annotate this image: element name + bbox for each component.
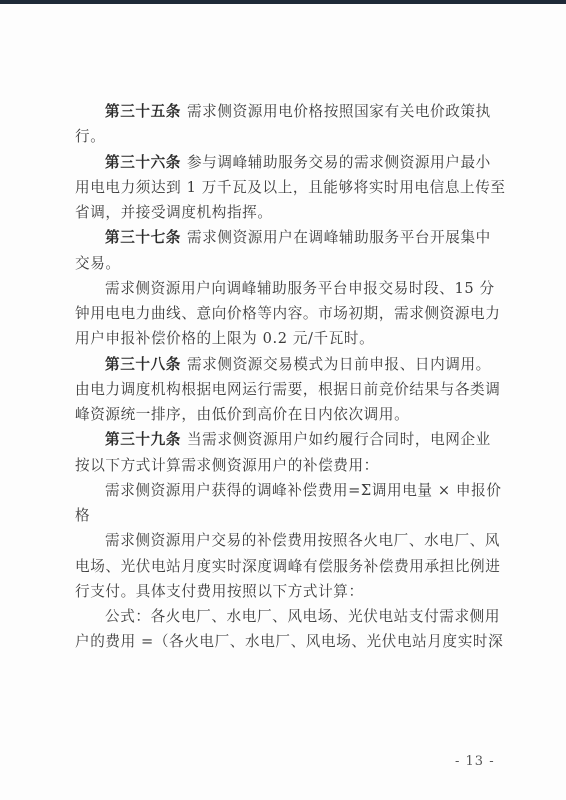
line-text: 需求侧资源用户获得的调峰补偿费用=Σ调用电量 × 申报价 (105, 482, 502, 499)
line-text: 需求侧资源用户向调峰辅助服务平台申报交易时段、15 分 (105, 280, 495, 297)
paragraph-line: 行。 (75, 124, 495, 149)
paragraph-line: 用户申报补偿价格的上限为 0.2 元/千瓦时。 (75, 326, 495, 351)
line-text: 用电电力须达到 1 万千瓦及以上，且能够将实时用电信息上传至 (75, 179, 506, 196)
line-text: 公式：各火电厂、水电厂、风电场、光伏电站支付需求侧用 (105, 608, 500, 625)
line-text: 交易。 (75, 255, 121, 272)
paragraph-line: 行支付。具体支付费用按照以下方式计算： (75, 579, 495, 604)
page-number: - 13 - (455, 754, 495, 769)
article-number: 第三十六条 (105, 154, 181, 171)
line-text: 户的费用 =（各火电厂、水电厂、风电场、光伏电站月度实时深 (75, 633, 503, 650)
paragraph-line: 由电力调度机构根据电网运行需要，根据日前竞价结果与各类调 (75, 377, 495, 402)
paragraph-line: 交易。 (75, 251, 495, 276)
paragraph-line: 需求侧资源用户向调峰辅助服务平台申报交易时段、15 分 (75, 276, 495, 301)
article-number: 第三十七条 (105, 229, 181, 246)
paragraph-line: 格 (75, 503, 495, 528)
line-text: 峰资源统一排序，由低价到高价在日内依次调用。 (75, 406, 409, 423)
scan-edge (0, 0, 566, 4)
line-text: 格 (75, 507, 90, 524)
article-number: 第三十九条 (105, 431, 181, 448)
line-text: 需求侧资源用户在调峰辅助服务平台开展集中 (187, 229, 491, 246)
paragraph-line: 需求侧资源用户获得的调峰补偿费用=Σ调用电量 × 申报价 (75, 478, 495, 503)
document-body: 第三十五条需求侧资源用电价格按照国家有关电价政策执行。第三十六条参与调峰辅助服务… (75, 99, 495, 655)
paragraph-line: 户的费用 =（各火电厂、水电厂、风电场、光伏电站月度实时深 (75, 629, 495, 654)
line-text: 需求侧资源用电价格按照国家有关电价政策执 (187, 103, 491, 120)
article-heading-line: 第三十七条需求侧资源用户在调峰辅助服务平台开展集中 (75, 225, 495, 250)
article-heading-line: 第三十六条参与调峰辅助服务交易的需求侧资源用户最小 (75, 150, 495, 175)
paragraph-line: 峰资源统一排序，由低价到高价在日内依次调用。 (75, 402, 495, 427)
paragraph-line: 公式：各火电厂、水电厂、风电场、光伏电站支付需求侧用 (75, 604, 495, 629)
line-text: 省调，并接受调度机构指挥。 (75, 204, 273, 221)
line-text: 当需求侧资源用户如约履行合同时，电网企业 (187, 431, 491, 448)
line-text: 用户申报补偿价格的上限为 0.2 元/千瓦时。 (75, 330, 374, 347)
line-text: 行支付。具体支付费用按照以下方式计算： (75, 583, 364, 600)
article-number: 第三十五条 (105, 103, 181, 120)
line-text: 参与调峰辅助服务交易的需求侧资源用户最小 (187, 154, 491, 171)
article-heading-line: 第三十九条当需求侧资源用户如约履行合同时，电网企业 (75, 427, 495, 452)
paragraph-line: 需求侧资源用户交易的补偿费用按照各火电厂、水电厂、风 (75, 528, 495, 553)
line-text: 电场、光伏电站月度实时深度调峰有偿服务补偿费用承担比例进 (75, 558, 500, 575)
paragraph-line: 省调，并接受调度机构指挥。 (75, 200, 495, 225)
line-text: 钟用电电力曲线、意向价格等内容。市场初期，需求侧资源电力 (75, 305, 500, 322)
line-text: 需求侧资源用户交易的补偿费用按照各火电厂、水电厂、风 (105, 532, 500, 549)
paragraph-line: 钟用电电力曲线、意向价格等内容。市场初期，需求侧资源电力 (75, 301, 495, 326)
article-number: 第三十八条 (105, 356, 181, 373)
paragraph-line: 电场、光伏电站月度实时深度调峰有偿服务补偿费用承担比例进 (75, 554, 495, 579)
article-heading-line: 第三十八条需求侧资源交易模式为日前申报、日内调用。 (75, 352, 495, 377)
line-text: 由电力调度机构根据电网运行需要，根据日前竞价结果与各类调 (75, 381, 500, 398)
article-heading-line: 第三十五条需求侧资源用电价格按照国家有关电价政策执 (75, 99, 495, 124)
paragraph-line: 用电电力须达到 1 万千瓦及以上，且能够将实时用电信息上传至 (75, 175, 495, 200)
line-text: 需求侧资源交易模式为日前申报、日内调用。 (187, 356, 491, 373)
paragraph-line: 按以下方式计算需求侧资源用户的补偿费用： (75, 453, 495, 478)
line-text: 行。 (75, 128, 105, 145)
line-text: 按以下方式计算需求侧资源用户的补偿费用： (75, 457, 379, 474)
